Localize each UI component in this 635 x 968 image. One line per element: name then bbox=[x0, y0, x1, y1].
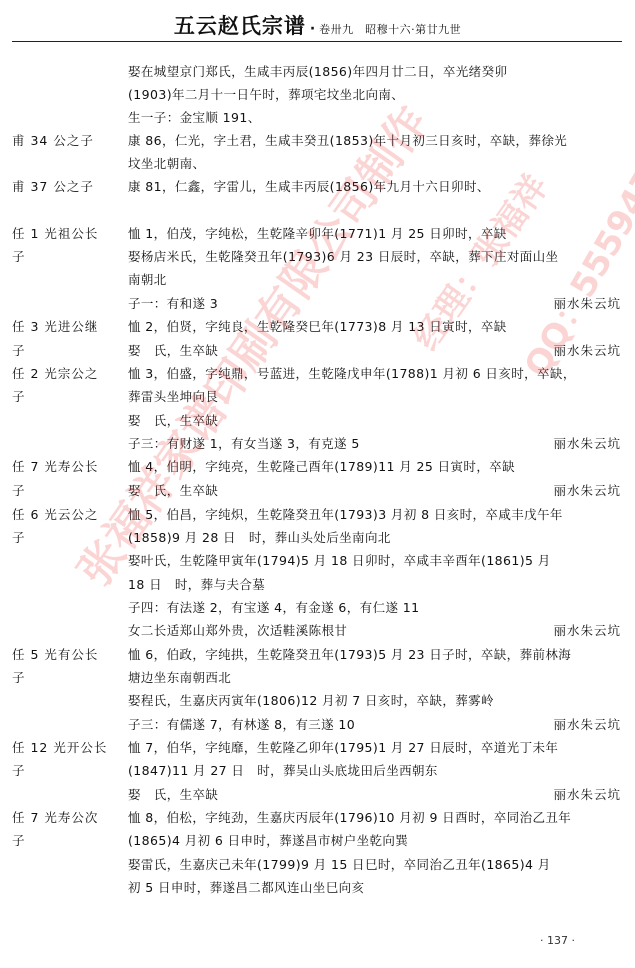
page-number: · 137 · bbox=[540, 934, 575, 947]
record-line: 18 日 时，葬与夫合墓 bbox=[0, 575, 635, 595]
record-text: (1903)年二月十一日午时，葬项宅坟坐北向南、 bbox=[128, 85, 404, 105]
record-line: 娶在城望京门郑氏，生咸丰丙辰(1856)年四月廿二日，卒光绪癸卯 bbox=[0, 62, 635, 82]
record-line: 子(1865)4 月初 6 日申时，葬遂昌市树户坐乾向巽 bbox=[0, 831, 635, 851]
lineage-label: 子 bbox=[12, 831, 26, 851]
record-text: 恤 6，伯政，字纯拱，生乾隆癸丑年(1793)5 月 23 日子时，卒缺，葬前林… bbox=[128, 645, 571, 665]
residence-place: 丽水朱云坑 bbox=[553, 785, 621, 805]
record-text: 女二长适郑山郑外贵，次适鞋溪陈根甘 bbox=[128, 621, 347, 641]
record-line: 子娶 氏，生卒缺丽水朱云坑 bbox=[0, 481, 635, 501]
record-text: 娶杨店米氏，生乾隆癸丑年(1793)6 月 23 日辰时，卒缺，葬下庄对面山坐 bbox=[128, 247, 558, 267]
book-title: 五云赵氏宗谱 bbox=[174, 13, 306, 38]
record-text: 子四：有法遂 2，有宝遂 4，有金遂 6，有仁遂 11 bbox=[128, 598, 419, 618]
record-text: 恤 7，伯华，字纯靡，生乾隆乙卯年(1795)1 月 27 日辰时，卒道光丁未年 bbox=[128, 738, 558, 758]
lineage-label: 任 7 光寿公长 bbox=[12, 457, 98, 477]
record-text: 恤 2，伯贤，字纯良，生乾隆癸巳年(1773)8 月 13 日寅时，卒缺 bbox=[128, 317, 507, 337]
record-text: 娶在城望京门郑氏，生咸丰丙辰(1856)年四月廿二日，卒光绪癸卯 bbox=[128, 62, 507, 82]
record-text: 恤 1，伯茂，字纯松，生乾隆辛卯年(1771)1 月 25 日卯时，卒缺 bbox=[128, 224, 507, 244]
lineage-label: 甫 37 公之子 bbox=[12, 177, 94, 197]
lineage-label: 子 bbox=[12, 761, 26, 781]
lineage-label: 任 3 光进公继 bbox=[12, 317, 98, 337]
record-text: (1858)9 月 28 日 时，葬山头处后坐南向北 bbox=[128, 528, 391, 548]
record-line: 生一子：金宝顺 191、 bbox=[0, 108, 635, 128]
record-text: 娶 氏，生卒缺 bbox=[128, 481, 218, 501]
record-text: 初 5 日申时，葬遂昌二都风连山坐巳向亥 bbox=[128, 878, 364, 898]
record-line: 女二长适郑山郑外贵，次适鞋溪陈根甘丽水朱云坑 bbox=[0, 621, 635, 641]
residence-place: 丽水朱云坑 bbox=[553, 621, 621, 641]
residence-place: 丽水朱云坑 bbox=[553, 434, 621, 454]
title-separator: · bbox=[310, 21, 315, 37]
page-header: 五云赵氏宗谱·卷卅九 昭穆十六·第廿九世 bbox=[0, 10, 635, 40]
record-text: 恤 5，伯昌，字纯炽，生乾隆癸丑年(1793)3 月初 8 日亥时，卒咸丰戊午年 bbox=[128, 505, 563, 525]
record-line: 任 7 光寿公次恤 8，伯松，字纯劲，生嘉庆丙辰年(1796)10 月初 9 日… bbox=[0, 808, 635, 828]
lineage-label: 任 1 光祖公长 bbox=[12, 224, 98, 244]
lineage-label: 任 5 光有公长 bbox=[12, 645, 98, 665]
record-line: (1903)年二月十一日午时，葬项宅坟坐北向南、 bbox=[0, 85, 635, 105]
record-text: 子一：有和遂 3 bbox=[128, 294, 218, 314]
record-line: 子三：有财遂 1，有女当遂 3，有克遂 5丽水朱云坑 bbox=[0, 434, 635, 454]
record-line: 子娶 氏，生卒缺丽水朱云坑 bbox=[0, 341, 635, 361]
lineage-label: 任 6 光云公之 bbox=[12, 505, 98, 525]
record-line: 任 2 光宗公之恤 3，伯盛，字纯鼎，号蓝进，生乾隆戊申年(1788)1 月初 … bbox=[0, 364, 635, 384]
record-text: 塘边坐东南朝西北 bbox=[128, 668, 231, 688]
record-text: 坟坐北朝南、 bbox=[128, 154, 205, 174]
record-line: 子(1847)11 月 27 日 时，葬吴山头底垅田后坐西朝东 bbox=[0, 761, 635, 781]
record-line: 子三：有儒遂 7，有林遂 8，有三遂 10丽水朱云坑 bbox=[0, 715, 635, 735]
record-text: 葬雷头坐坤向艮 bbox=[128, 387, 218, 407]
header-rule bbox=[12, 41, 622, 42]
record-line: 子四：有法遂 2，有宝遂 4，有金遂 6，有仁遂 11 bbox=[0, 598, 635, 618]
record-line: 子一：有和遂 3丽水朱云坑 bbox=[0, 294, 635, 314]
lineage-label: 子 bbox=[12, 387, 26, 407]
record-line: 子娶杨店米氏，生乾隆癸丑年(1793)6 月 23 日辰时，卒缺，葬下庄对面山坐 bbox=[0, 247, 635, 267]
record-line: 娶叶氏，生乾隆甲寅年(1794)5 月 18 日卯时，卒咸丰辛酉年(1861)5… bbox=[0, 551, 635, 571]
record-text: 娶程氏，生嘉庆丙寅年(1806)12 月初 7 日亥时，卒缺，葬雾岭 bbox=[128, 691, 494, 711]
record-text: 娶雷氏，生嘉庆己未年(1799)9 月 15 日巳时，卒同治乙丑年(1865)4… bbox=[128, 855, 551, 875]
lineage-label: 子 bbox=[12, 247, 26, 267]
record-text: 娶 氏，生卒缺 bbox=[128, 785, 218, 805]
record-line: 甫 37 公之子康 81，仁鑫，字雷儿，生咸丰丙辰(1856)年九月十六日卯时、 bbox=[0, 177, 635, 197]
record-line: 子塘边坐东南朝西北 bbox=[0, 668, 635, 688]
lineage-label: 子 bbox=[12, 528, 26, 548]
volume-subtitle: 卷卅九 昭穆十六·第廿九世 bbox=[319, 23, 461, 36]
record-text: 康 86，仁光，字土君，生咸丰癸丑(1853)年十月初三日亥时，卒缺，葬徐光 bbox=[128, 131, 567, 151]
lineage-label: 子 bbox=[12, 341, 26, 361]
record-text: 子三：有儒遂 7，有林遂 8，有三遂 10 bbox=[128, 715, 355, 735]
record-line: 任 12 光开公长恤 7，伯华，字纯靡，生乾隆乙卯年(1795)1 月 27 日… bbox=[0, 738, 635, 758]
record-text: 生一子：金宝顺 191、 bbox=[128, 108, 261, 128]
lineage-label: 子 bbox=[12, 481, 26, 501]
record-line: 任 5 光有公长恤 6，伯政，字纯拱，生乾隆癸丑年(1793)5 月 23 日子… bbox=[0, 645, 635, 665]
record-line: 娶雷氏，生嘉庆己未年(1799)9 月 15 日巳时，卒同治乙丑年(1865)4… bbox=[0, 855, 635, 875]
record-line: 任 1 光祖公长恤 1，伯茂，字纯松，生乾隆辛卯年(1771)1 月 25 日卯… bbox=[0, 224, 635, 244]
record-text: 娶 氏，生卒缺 bbox=[128, 411, 218, 431]
record-text: 恤 4，伯明，字纯亮，生乾隆己酉年(1789)11 月 25 日寅时，卒缺 bbox=[128, 457, 515, 477]
record-line: 任 6 光云公之恤 5，伯昌，字纯炽，生乾隆癸丑年(1793)3 月初 8 日亥… bbox=[0, 505, 635, 525]
record-line: 甫 34 公之子康 86，仁光，字土君，生咸丰癸丑(1853)年十月初三日亥时，… bbox=[0, 131, 635, 151]
record-text: 恤 3，伯盛，字纯鼎，号蓝进，生乾隆戊申年(1788)1 月初 6 日亥时，卒缺… bbox=[128, 364, 576, 384]
lineage-label: 任 2 光宗公之 bbox=[12, 364, 98, 384]
lineage-label: 子 bbox=[12, 668, 26, 688]
record-text: 18 日 时，葬与夫合墓 bbox=[128, 575, 265, 595]
record-text: (1847)11 月 27 日 时，葬吴山头底垅田后坐西朝东 bbox=[128, 761, 438, 781]
record-text: 恤 8，伯松，字纯劲，生嘉庆丙辰年(1796)10 月初 9 日酉时，卒同治乙丑… bbox=[128, 808, 571, 828]
record-text: 南朝北 bbox=[128, 270, 167, 290]
record-line: 任 7 光寿公长恤 4，伯明，字纯亮，生乾隆己酉年(1789)11 月 25 日… bbox=[0, 457, 635, 477]
record-text: 康 81，仁鑫，字雷儿，生咸丰丙辰(1856)年九月十六日卯时、 bbox=[128, 177, 490, 197]
residence-place: 丽水朱云坑 bbox=[553, 294, 621, 314]
lineage-label: 任 7 光寿公次 bbox=[12, 808, 98, 828]
lineage-label: 任 12 光开公长 bbox=[12, 738, 107, 758]
record-line: 任 3 光进公继恤 2，伯贤，字纯良，生乾隆癸巳年(1773)8 月 13 日寅… bbox=[0, 317, 635, 337]
record-line: 娶 氏，生卒缺 bbox=[0, 411, 635, 431]
lineage-label: 甫 34 公之子 bbox=[12, 131, 94, 151]
record-text: 娶 氏，生卒缺 bbox=[128, 341, 218, 361]
record-text: 子三：有财遂 1，有女当遂 3，有克遂 5 bbox=[128, 434, 360, 454]
record-line: 初 5 日申时，葬遂昌二都风连山坐巳向亥 bbox=[0, 878, 635, 898]
record-line: 坟坐北朝南、 bbox=[0, 154, 635, 174]
record-line: 娶 氏，生卒缺丽水朱云坑 bbox=[0, 785, 635, 805]
record-line: 娶程氏，生嘉庆丙寅年(1806)12 月初 7 日亥时，卒缺，葬雾岭 bbox=[0, 691, 635, 711]
residence-place: 丽水朱云坑 bbox=[553, 341, 621, 361]
record-line: 子葬雷头坐坤向艮 bbox=[0, 387, 635, 407]
residence-place: 丽水朱云坑 bbox=[553, 481, 621, 501]
residence-place: 丽水朱云坑 bbox=[553, 715, 621, 735]
record-line: 南朝北 bbox=[0, 270, 635, 290]
record-text: 娶叶氏，生乾隆甲寅年(1794)5 月 18 日卯时，卒咸丰辛酉年(1861)5… bbox=[128, 551, 551, 571]
record-line: 子(1858)9 月 28 日 时，葬山头处后坐南向北 bbox=[0, 528, 635, 548]
record-text: (1865)4 月初 6 日申时，葬遂昌市树户坐乾向巽 bbox=[128, 831, 408, 851]
